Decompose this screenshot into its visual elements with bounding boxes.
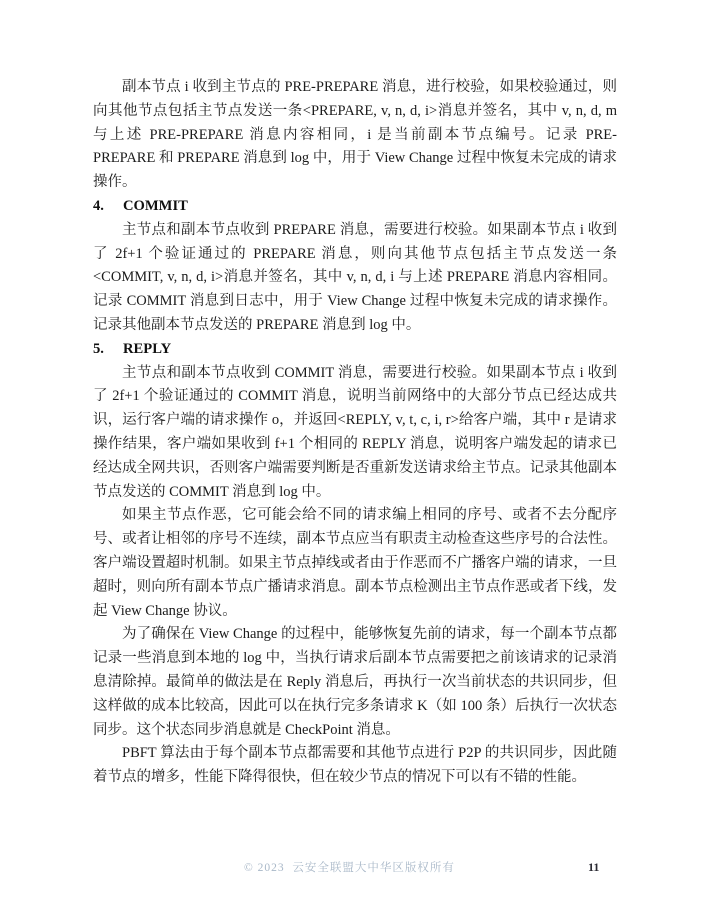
- heading-label: COMMIT: [123, 198, 188, 214]
- heading-number: 4.: [93, 195, 123, 219]
- paragraph-prepare-broadcast: 副本节点 i 收到主节点的 PRE-PREPARE 消息，进行校验，如果校验通过…: [93, 76, 617, 195]
- paragraph-commit-phase: 主节点和副本节点收到 PREPARE 消息，需要进行校验。如果副本节点 i 收到…: [93, 219, 617, 338]
- footer-copyright: © 2023 云安全联盟大中华区版权所有: [244, 860, 455, 876]
- page-number: 11: [588, 859, 599, 875]
- paragraph-reply-phase: 主节点和副本节点收到 COMMIT 消息，需要进行校验。如果副本节点 i 收到了…: [93, 362, 617, 505]
- paragraph-primary-misbehavior: 如果主节点作恶，它可能会给不同的请求编上相同的序号、或者不去分配序号、或者让相邻…: [93, 504, 617, 623]
- paragraph-pbft-performance: PBFT 算法由于每个副本节点都需要和其他节点进行 P2P 的共识同步，因此随着…: [93, 742, 617, 790]
- paragraph-view-change-checkpoint: 为了确保在 View Change 的过程中，能够恢复先前的请求，每一个副本节点…: [93, 623, 617, 742]
- heading-number: 5.: [93, 338, 123, 362]
- document-content: 副本节点 i 收到主节点的 PRE-PREPARE 消息，进行校验，如果校验通过…: [93, 76, 617, 790]
- heading-label: REPLY: [123, 341, 171, 357]
- heading-commit: 4.COMMIT: [93, 195, 617, 219]
- document-page: 副本节点 i 收到主节点的 PRE-PREPARE 消息，进行校验，如果校验通过…: [0, 0, 710, 919]
- heading-reply: 5.REPLY: [93, 338, 617, 362]
